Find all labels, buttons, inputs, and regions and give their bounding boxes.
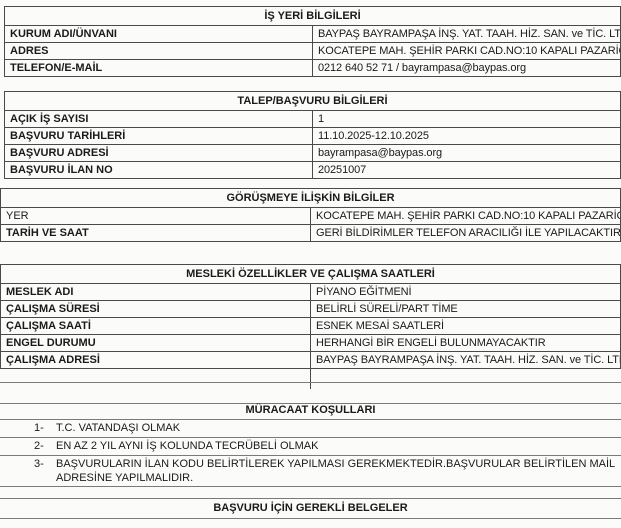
field-value: ESNEK MESAİ SAATLERİ <box>311 318 621 335</box>
divider <box>0 419 621 420</box>
condition-text: T.C. VATANDAŞI OLMAK <box>56 421 615 435</box>
divider <box>0 486 621 487</box>
field-value: PİYANO EĞİTMENİ <box>311 284 621 301</box>
condition-number: 3- <box>34 457 44 471</box>
field-label: ÇALIŞMA SÜRESİ <box>1 301 311 318</box>
table-row: TARİH VE SAAT GERİ BİLDİRİMLER TELEFON A… <box>1 225 621 242</box>
table-row: TELEFON/E-MAİL 0212 640 52 71 / bayrampa… <box>5 60 621 77</box>
field-label: ENGEL DURUMU <box>1 335 311 352</box>
field-value: KOCATEPE MAH. ŞEHİR PARKI CAD.NO:10 KAPA… <box>311 208 621 225</box>
field-value: BAYPAŞ BAYRAMPAŞA İNŞ. YAT. TAAH. HİZ. S… <box>311 352 621 369</box>
field-value: BELİRLİ SÜRELİ/PART TİME <box>311 301 621 318</box>
workplace-section: İŞ YERİ BİLGİLERİ KURUM ADI/ÜNVANI BAYPA… <box>4 6 621 77</box>
field-label: AÇIK İŞ SAYISI <box>5 111 313 128</box>
field-value: 11.10.2025-12.10.2025 <box>313 128 621 145</box>
field-value: 0212 640 52 71 / bayrampasa@baypas.org <box>313 60 621 77</box>
field-label: ÇALIŞMA ADRESİ <box>1 352 311 369</box>
table-row: MESLEK ADI PİYANO EĞİTMENİ <box>1 284 621 301</box>
condition-text: EN AZ 2 YIL AYNI İŞ KOLUNDA TECRÜBELİ OL… <box>56 439 615 453</box>
field-label: BAŞVURU İLAN NO <box>5 162 313 179</box>
workplace-title: İŞ YERİ BİLGİLERİ <box>5 7 621 26</box>
table-row: KURUM ADI/ÜNVANI BAYPAŞ BAYRAMPAŞA İNŞ. … <box>5 26 621 43</box>
application-title: TALEP/BAŞVURU BİLGİLERİ <box>5 92 621 111</box>
divider <box>0 498 621 499</box>
table-row: BAŞVURU ADRESİ bayrampasa@baypas.org <box>5 145 621 162</box>
profession-section: MESLEKİ ÖZELLİKLER VE ÇALIŞMA SAATLERİ M… <box>0 264 621 389</box>
conditions-title: MÜRACAAT KOŞULLARI <box>0 404 621 416</box>
condition-number: 1- <box>34 421 44 435</box>
table-row: AÇIK İŞ SAYISI 1 <box>5 111 621 128</box>
interview-title: GÖRÜŞMEYE İLİŞKİN BİLGİLER <box>1 189 621 208</box>
table-row: BAŞVURU TARİHLERİ 11.10.2025-12.10.2025 <box>5 128 621 145</box>
table-row: ÇALIŞMA SAATİ ESNEK MESAİ SAATLERİ <box>1 318 621 335</box>
table-row: BAŞVURU İLAN NO 20251007 <box>5 162 621 179</box>
condition-number: 2- <box>34 439 44 453</box>
field-value: GERİ BİLDİRİMLER TELEFON ARACILIĞI İLE Y… <box>311 225 621 242</box>
field-label: BAŞVURU TARİHLERİ <box>5 128 313 145</box>
condition-text: BAŞVURULARIN İLAN KODU BELİRTİLEREK YAPI… <box>56 457 615 485</box>
field-value: 1 <box>313 111 621 128</box>
table-row: ADRES KOCATEPE MAH. ŞEHİR PARKI CAD.NO:1… <box>5 43 621 60</box>
divider <box>0 518 621 519</box>
field-value: BAYPAŞ BAYRAMPAŞA İNŞ. YAT. TAAH. HİZ. S… <box>313 26 621 43</box>
profession-title: MESLEKİ ÖZELLİKLER VE ÇALIŞMA SAATLERİ <box>1 265 621 284</box>
field-value: KOCATEPE MAH. ŞEHİR PARKI CAD.NO:10 KAPA… <box>313 43 621 60</box>
field-label: TARİH VE SAAT <box>1 225 311 242</box>
field-label: ADRES <box>5 43 313 60</box>
field-label: TELEFON/E-MAİL <box>5 60 313 77</box>
divider <box>0 455 621 456</box>
interview-section: GÖRÜŞMEYE İLİŞKİN BİLGİLER YER KOCATEPE … <box>0 188 621 242</box>
table-row: YER KOCATEPE MAH. ŞEHİR PARKI CAD.NO:10 … <box>1 208 621 225</box>
table-row: ENGEL DURUMU HERHANGİ BİR ENGELİ BULUNMA… <box>1 335 621 352</box>
field-label: YER <box>1 208 311 225</box>
field-label: MESLEK ADI <box>1 284 311 301</box>
divider <box>0 437 621 438</box>
table-row: ÇALIŞMA SÜRESİ BELİRLİ SÜRELİ/PART TİME <box>1 301 621 318</box>
divider <box>0 382 621 383</box>
table-row: ÇALIŞMA ADRESİ BAYPAŞ BAYRAMPAŞA İNŞ. YA… <box>1 352 621 369</box>
application-section: TALEP/BAŞVURU BİLGİLERİ AÇIK İŞ SAYISI 1… <box>4 91 621 179</box>
table-row-empty <box>1 369 621 390</box>
documents-title: BAŞVURU İÇİN GEREKLİ BELGELER <box>0 502 621 514</box>
field-label: KURUM ADI/ÜNVANI <box>5 26 313 43</box>
field-label: BAŞVURU ADRESİ <box>5 145 313 162</box>
field-value: bayrampasa@baypas.org <box>313 145 621 162</box>
field-value: 20251007 <box>313 162 621 179</box>
field-label: ÇALIŞMA SAATİ <box>1 318 311 335</box>
field-value: HERHANGİ BİR ENGELİ BULUNMAYACAKTIR <box>311 335 621 352</box>
